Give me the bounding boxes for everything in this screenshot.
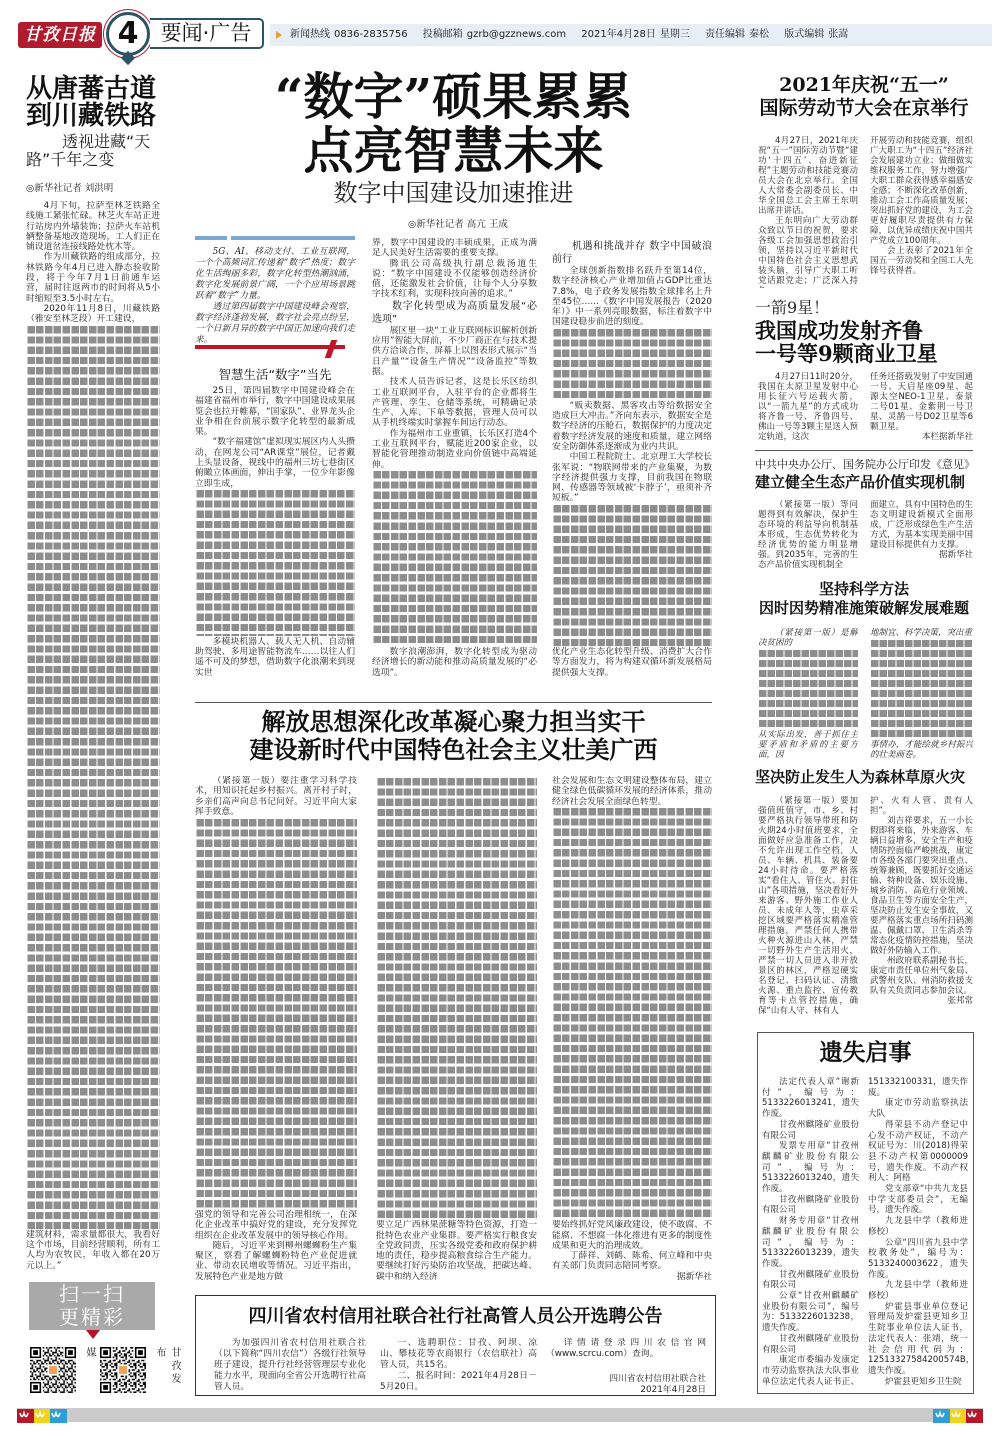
intro-paragraph: 5G、AI、移动支付、工业互联网，一个个高频词汇传递着“数字”热度；数字化生活绚… [195, 247, 355, 302]
story-source: 本栏据新华社 [870, 432, 973, 442]
ad-website-link[interactable]: 详情请登录四川农信官网（www.scrcu.com）查询。 [546, 1338, 706, 1360]
email-label: 投稿邮箱 [423, 29, 463, 40]
lead-story-col-a: 25日，第四届数字中国建设峰会在福建省福州市举行，数字中国建设成果展览会也拉开帷… [195, 386, 355, 678]
paragraph: 丁薛祥、刘鹤、陈希、何立峰和中央有关部门负责同志陪同考察。 [552, 1251, 712, 1272]
paragraph: 二、报名时间：2021年4月28日－5月20日。 [380, 1371, 537, 1393]
paragraph: 地制宜、科学决策，突出重 [870, 628, 973, 638]
paragraph: 王东明向广大劳动群众致以节日的祝贺，要求各级工会加强思想政治引领，坚持以习近平新… [758, 216, 858, 288]
paragraph: 事情办，才能绘就乡村振兴的壮美画卷。 [870, 740, 973, 760]
notice-signature: 甘孜州麒隆矿业股份有限公司 [762, 1120, 859, 1141]
feature-story-col-1: （紧接第一版）要注重学习科学技术，用知识托起乡村振兴。离开村子时，乡亲们高声向总… [195, 776, 357, 1282]
paragraph: （紧接第一版）要加强值班值守，市、乡、村要严格执行领导带班和防火期24小时值班要… [758, 796, 858, 1016]
down-arrow-icon [86, 1330, 100, 1339]
newspaper-logo: 甘孜日报 [18, 22, 102, 48]
notice-item: 151332100331，遗失作废。 [868, 1077, 968, 1098]
paragraph: 护、火有人管、责有人担”。 [870, 796, 973, 816]
headline-line: 国际劳动节大会在京举行 [755, 97, 973, 120]
illegible-text-lines [195, 490, 355, 635]
illegible-text-lines [195, 819, 357, 1209]
story-source: 据新华社 [870, 550, 973, 560]
notice-signature: 九龙县中学（教师进修校） [868, 1280, 968, 1301]
intro-accent-bar [231, 236, 355, 240]
paragraph: 为加强四川省农村信用社联合社（以下简称“四川农信”）各级行社领导班子建设，提升行… [214, 1338, 366, 1393]
satellite-col-2: 任务还搭载发射了中安国通一号、天启星座09星、起源太空NEO-1卫星、泰景二号0… [870, 372, 973, 442]
paragraph: 建筑材料，需求量都很大，我看好这个市场，目前经营顺利，所有工人均为农牧民，年收入… [26, 1230, 160, 1271]
notice-item: 党支部章“中共九龙县中学支部委员会”，无编号，遗失作废。 [868, 1184, 968, 1216]
intro-accent-bar [195, 236, 227, 240]
section-rule [195, 702, 712, 703]
paragraph: 多模块机器人、载人无人机、自动辅助驾驶、多用途智能物流车……以往人们遥不可及的梦… [195, 637, 355, 678]
scan-line: 扫一扫 [29, 1283, 155, 1306]
headline-line: 坚持科学方法 [755, 580, 973, 599]
story-source: 据新华社 [552, 1272, 712, 1282]
headline-line: 从唐蕃古道 [26, 76, 160, 103]
story-author: 张邦常 [870, 996, 973, 1006]
lead-story-subtitle: 数字中国建设加速推进 [195, 180, 712, 206]
notice-item: 发票专用章“甘孜州麒麟矿业股份有限公司”，编号为：5133226013240，遗… [762, 1141, 859, 1195]
headline-line: 解放思想深化改革凝心聚力担当实干 [195, 708, 712, 736]
hotline-label: 新闻热线 [290, 29, 330, 40]
notice-signature: 康定市劳动监察执法大队 [868, 1098, 968, 1119]
notice-item: 得荣县不动产登记中心发不动产权证，不动产权证号为：川(2018)得荣县不动产权第… [868, 1120, 968, 1184]
headline-line: 一号等9颗商业卫星 [755, 342, 975, 365]
fire-prevention-col-2: 护、火有人管、责有人担”。 刘吉祥要求，五一小长假即将来临，外来游客、车辆日益增… [870, 796, 973, 1022]
headline-line: 点亮智慧未来 [195, 124, 712, 178]
feature-story-headline: 解放思想深化改革凝心聚力担当实干 建设新时代中国特色社会主义壮美广西 [195, 708, 712, 764]
section-heading: 机遇和挑战并存 数字中国破浪前行 [552, 240, 712, 266]
notice-signature: 甘孜州麒隆矿业股份有限公司 [762, 1334, 859, 1355]
labor-day-headline: 2021年庆祝“五一” 国际劳动节大会在京举行 [755, 74, 973, 120]
feature-story-col-3: 社会发展和生态文明建设整体布局，建立健全绿色低碳循环发展的经济体系，推动经济社会… [552, 776, 712, 1282]
satellite-kicker: 一箭9星！ [755, 299, 829, 317]
notice-signature: 九龙县中学（教师进修校） [868, 1216, 968, 1237]
paragraph: 会上表彰了2021年全国五一劳动奖和全国工人先锋号获得者。 [870, 246, 973, 276]
footer-emblem-left [17, 1408, 67, 1427]
section-rule [755, 450, 973, 451]
paragraph: 一、选聘职位：甘孜、阿坝、凉山、攀枝花等农商银行（农信联社）高管人员，共15名。 [380, 1338, 537, 1371]
paragraph: 开展劳动和技能竞赛，组织广大职工为“十四五”经济社会发展建功立业；做细做实维权服… [870, 136, 973, 246]
headline-line: 我国成功发射齐鲁 [755, 319, 975, 342]
paragraph: 作为川藏铁路的组成部分，拉林铁路今年4月已进入静态验收阶段，将于今年7月1日前通… [26, 252, 160, 303]
headline-line: 到川藏铁路 [26, 103, 160, 130]
lead-story-headline: “数字”硕果累累 点亮智慧未来 [195, 70, 712, 178]
paragraph: 25日，第四届数字中国建设峰会在福建省福州市举行，数字中国建设成果展览会也拉开帷… [195, 386, 355, 437]
paragraph: 从实际出发，善于抓住主要矛盾和矛盾的主要方面，因 [758, 730, 858, 760]
illegible-text-lines [758, 650, 858, 730]
scan-prompt-box: 扫一扫 更精彩 [29, 1282, 155, 1330]
paragraph: 强党的领导和完善公司治理相统一，在深化企业改革中搞好党的建设，充分发挥党组织在企… [195, 1210, 357, 1241]
section-divider-red [195, 345, 345, 349]
triangle-marker-icon [276, 31, 282, 39]
paragraph: 2020年11月8日，川藏铁路（雅安至林芝段）开工建设， [26, 304, 160, 325]
layout-editor: 张嵩 [828, 29, 848, 40]
ad-col-3: 详情请登录四川农信官网（www.scrcu.com）查询。 四川省农村信用社联合… [546, 1338, 706, 1396]
illegible-text-lines [376, 778, 537, 1220]
notice-item: 财务专用章“甘孜州麒麟矿业股份有限公司”，编号为：5133226013239，遗… [762, 1216, 859, 1270]
headline-line: “数字”硕果累累 [195, 70, 712, 124]
illegible-text-lines [870, 640, 973, 740]
paragraph: 州政府联系副秘书长，康定市责任单位州气象局、武警州支队、州消防救援支队有关负责同… [870, 956, 973, 996]
ecology-kicker: 中共中央办公厅、国务院办公厅印发《意见》 [755, 458, 975, 471]
paragraph: “贩卖数据、黑客攻击等给数据安全造成巨大冲击。”齐向东表示，数据安全是数字经济的… [552, 401, 712, 452]
colored-wave-emblem-icon [17, 1409, 67, 1423]
fire-prevention-headline: 坚决防止发生人为森林草原火灾 [755, 768, 975, 786]
satellite-headline: 我国成功发射齐鲁 一号等9颗商业卫星 [755, 319, 975, 365]
paragraph: （紧接第一版）是解决贫困的 [758, 628, 858, 648]
illegible-text-lines [372, 471, 537, 646]
paragraph: 刘吉祥要求，五一小长假即将来临，外来游客、车辆日益增多，安全生产和疫情防控面临严… [870, 816, 973, 956]
labor-day-col-1: 4月27日，2021年庆祝“五一”国际劳动节暨“建功‘十四五’、奋进新征程”主题… [758, 136, 858, 288]
qr-code-ganzi[interactable] [100, 1347, 146, 1397]
qr-code-icon [100, 1347, 146, 1393]
notice-signature: 甘孜州麒隆矿业股份有限公司 [762, 1195, 859, 1216]
section-heading: 数字化转型成为高质量发展“必选项” [372, 300, 537, 326]
paragraph: 要立足广西林果蔗糖等特色资源，打造一批特色农业产业集群。要严格实行粮食安全党政同… [376, 1220, 537, 1282]
notice-signature: 甘孜州麒隆矿业股份有限公司 [762, 1270, 859, 1291]
ecology-col-1: （紧接第一版）等问题得到有效解决，保护生态环境的利益导向机制基本形成，生态优势转… [758, 500, 858, 570]
layout-editor-label: 版式编辑 [784, 29, 824, 40]
paragraph: 4月27日11时20分，我国在太原卫星发射中心用长征六号运载火箭，以“一箭九星”… [758, 372, 858, 442]
ad-issuer: 四川省农村信用社联合社 [546, 1374, 706, 1385]
illegible-text-lines [552, 505, 712, 646]
paragraph: 4月27日，2021年庆祝“五一”国际劳动节暨“建功‘十四五’、奋进新征程”主题… [758, 136, 858, 216]
paragraph: 任务还搭载发射了中安国通一号、天启星座09星、起源太空NEO-1卫星、泰景二号0… [870, 372, 973, 432]
lead-story-header: “数字”硕果累累 点亮智慧未来 数字中国建设加速推进 [195, 70, 712, 206]
ad-title: 四川省农村信用社联合社行社高管人员公开选聘公告 [195, 1306, 716, 1328]
colored-wave-emblem-icon [933, 1409, 983, 1423]
science-method-col-2: 地制宜、科学决策，突出重 事情办，才能绘就乡村振兴的壮美画卷。 [870, 628, 973, 760]
paragraph: （紧接第一版）等问题得到有效解决，保护生态环境的利益导向机制基本形成，生态优势转… [758, 500, 858, 570]
lost-notices-col-1: 法定代表人章“谢新付”，编号为：5133226013241，遗失作废。 甘孜州麒… [762, 1077, 859, 1385]
paragraph: 数字浪潮澎湃，数字化转型成为驱动经济增长的新动能和推动高质量发展的“必选项”。 [372, 647, 537, 678]
chief-editor-label: 责任编辑 [705, 29, 745, 40]
notice-item: 公章“甘孜州麒麟矿业股份有限公司”，编号为：5133226013238，遗失作废… [762, 1291, 859, 1334]
notice-item: 康定市委编办发康定市劳动监察执法大队事业单位法定代表人证书正、副本，法定代表人：… [762, 1355, 859, 1385]
ecology-col-2: 面建立，具有中国特色的生态文明建设新模式全面形成，广泛形成绿色生产生活方式，为基… [870, 500, 973, 570]
paragraph: 4月下旬，拉萨至林芝铁路全线施工紧张忙碌。林芝火车站正进行站房内外墙装饰；拉萨火… [26, 201, 160, 252]
paragraph: 展区里一块“工业互联网标识解析创新应用”智能大屏前，不少厂商正在与技术提供方洽谈… [372, 326, 537, 377]
feature-story-col-2: 要立足广西林果蔗糖等特色资源，打造一批特色农业产业集群。要严格实行粮食安全党政同… [376, 776, 537, 1282]
chief-editor: 秦松 [749, 29, 769, 40]
satellite-col-1: 4月27日11时20分，我国在太原卫星发射中心用长征六号运载火箭，以“一箭九星”… [758, 372, 858, 442]
section-title: 要闻·广告 [150, 18, 264, 49]
ad-col-2: 一、选聘职位：甘孜、阿坝、凉山、攀枝花等农商银行（农信联社）高管人员，共15名。… [380, 1338, 537, 1393]
lead-story-col-b: 界，数字中国建设的丰硕成果，正成为满足人民美好生活需要的重要支撑。 腾讯公司高级… [372, 238, 537, 678]
illegible-text-lines [552, 808, 712, 1219]
illegible-text-lines [26, 326, 160, 1229]
fire-prevention-col-1: （紧接第一版）要加强值班值守，市、乡、村要严格执行领导带班和防火期24小时值班要… [758, 796, 858, 1022]
illegible-text-lines [552, 329, 712, 399]
notice-item: 法定代表人章“谢新付”，编号为：5133226013241，遗失作废。 [762, 1077, 859, 1120]
footer-emblem-right [933, 1408, 983, 1427]
qr-code-icon [30, 1347, 76, 1393]
left-story-body: 4月下旬，拉萨至林芝铁路全线施工紧张忙碌。林芝火车站正进行站房内外墙装饰；拉萨火… [26, 201, 160, 1271]
paragraph: 面建立，具有中国特色的生态文明建设新模式全面形成，广泛形成绿色生产生活方式，为基… [870, 500, 973, 550]
paragraph: 腾讯公司高级执行副总裁汤道生说：“数字中国建设不仅能够创造经济价值，还能激发社会… [372, 259, 537, 300]
hotline-number: 0836-2835756 [334, 29, 408, 40]
paragraph: 中国工程院院士、北京理工大学校长张军说：“物联网带来的产业集聚，为数字经济提供强… [552, 452, 712, 503]
lead-story-intro: 5G、AI、移动支付、工业互联网，一个个高频词汇传递着“数字”热度；数字化生活绚… [195, 247, 355, 346]
footer-bar [17, 1408, 983, 1422]
notice-item: 公章“四川省九县中学校教务处”，编号为：5133240003622，遗失作废。 [868, 1238, 968, 1281]
paragraph: 界，数字中国建设的丰硕成果，正成为满足人民美好生活需要的重要支撑。 [372, 238, 537, 259]
lead-story-col-c: 机遇和挑战并存 数字中国破浪前行 全球创新指数排名跃升至第14位，数字经济核心产… [552, 238, 712, 678]
left-story: 从唐蕃古道 到川藏铁路 透视进藏“天路”千年之变 ◎新华社记者 刘洪明 [26, 76, 160, 194]
science-method-col-1: （紧接第一版）是解决贫困的 从实际出发，善于抓住主要矛盾和矛盾的主要方面，因 [758, 628, 858, 760]
headline-line: 2021年庆祝“五一” [755, 74, 973, 97]
lost-notices-col-2: 151332100331，遗失作废。 康定市劳动监察执法大队 得荣县不动产登记中… [868, 1077, 968, 1385]
lost-notices-title: 遗失启事 [757, 1040, 974, 1066]
left-story-headline: 从唐蕃古道 到川藏铁路 [26, 76, 160, 130]
lead-story-byline: ◎新华社记者 高亢 王成 [408, 216, 508, 230]
email-address[interactable]: gzrb@gzznews.com [467, 29, 566, 40]
notice-item: 炉霍县事业单位登记管理局发炉霍县更知乡卫生院事业单位法人证书，法定代表人：张靖，… [868, 1302, 968, 1377]
left-story-subtitle: 透视进藏“天路”千年之变 [26, 133, 160, 169]
scan-line: 更精彩 [29, 1306, 155, 1329]
headline-line: 建设新时代中国特色社会主义壮美广西 [195, 736, 712, 764]
qr-label: 甘孜发布 [152, 1347, 182, 1395]
qr-code-kangba[interactable] [30, 1347, 76, 1397]
paragraph: 全球创新指数排名跃升至第14位，数字经济核心产业增加值占GDP比重达7.8%，电… [552, 266, 712, 328]
science-method-headline: 坚持科学方法 因时因势精准施策破解发展难题 [755, 580, 973, 618]
ad-col-1: 为加强四川省农村信用社联合社（以下简称“四川农信”）各级行社领导班子建设，提升行… [214, 1338, 366, 1393]
paragraph: 优化产业生态化转型升级、消费扩大合作等方面发力，将为构建双循环新发展格局提供强大… [552, 647, 712, 678]
issue-weekday: 星期三 [660, 29, 690, 40]
section-heading: 智慧生活“数字”当先 [195, 365, 355, 383]
paragraph: （紧接第一版）要注重学习科学技术，用知识托起乡村振兴。离开村子时，乡亲们高声向总… [195, 776, 357, 817]
ecology-headline: 建立健全生态产品价值实现机制 [755, 473, 975, 491]
notice-signature: 炉霍县更知乡卫生院 [868, 1377, 968, 1385]
paragraph: 社会发展和生态文明建设整体布局，建立健全绿色低碳循环发展的经济体系，推动经济社会… [552, 776, 712, 807]
issue-date: 2021年4月28日 [581, 29, 656, 40]
left-story-byline: ◎新华社记者 刘洪明 [26, 180, 160, 194]
page-number-badge: 4 [106, 12, 150, 56]
paragraph: 要始终抓好党风廉政建设，使不敢腐、不能腐、不想腐一体化推进有更多的制度性成果和更… [552, 1220, 712, 1251]
paragraph: 作为福州市工业重镇，长乐区打造4个工业互联网平台，赋能近200家企业，以智能化管… [372, 429, 537, 470]
headline-line: 因时因势精准施策破解发展难题 [755, 599, 973, 618]
paragraph: 技术人员告诉记者，这是长乐区纺织工业互联网平台，入驻平台的企业都将生产管理、孪生… [372, 377, 537, 428]
masthead-info-bar: 新闻热线0836-2835756 投稿邮箱gzrb@gzznews.com 20… [270, 24, 992, 46]
paragraph: 随后，习近平来到柳州螺蛳粉生产集聚区，察看了解螺蛳粉特色产业促进就业、带动农民增… [195, 1241, 357, 1282]
ad-date: 2021年4月28日 [546, 1385, 706, 1396]
labor-day-col-2: 开展劳动和技能竞赛，组织广大职工为“十四五”经济社会发展建功立业；做细做实维权服… [870, 136, 973, 288]
paragraph: “数字福建馆”虚拟现实展区内人头攒动，在网龙公司“AR课堂”展位，记者戴上头显设… [195, 437, 355, 488]
